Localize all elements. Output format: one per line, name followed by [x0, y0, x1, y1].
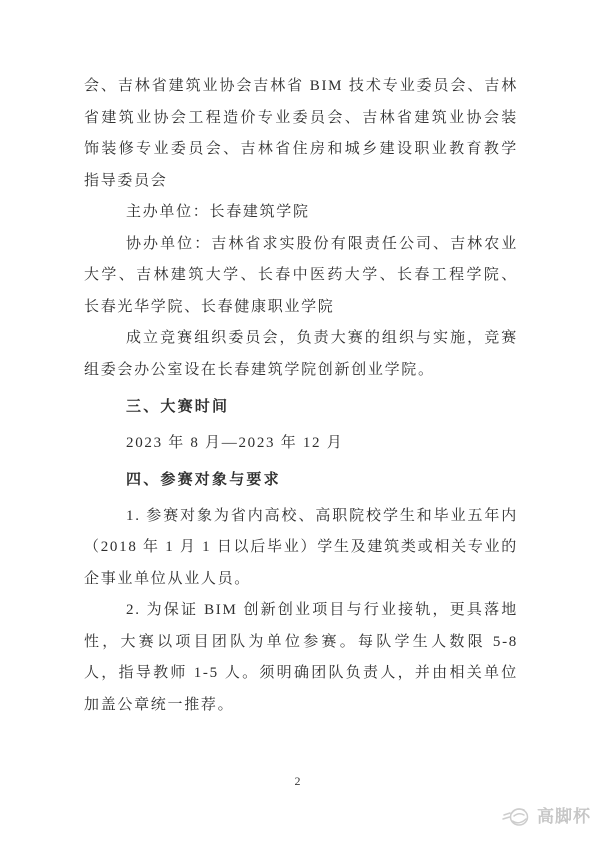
watermark-label: 高脚杯: [537, 803, 591, 831]
page-number: 2: [0, 774, 595, 789]
section-heading: 三、大赛时间: [84, 391, 518, 423]
watermark: 高脚杯: [500, 803, 591, 831]
document-body: 会、吉林省建筑业协会吉林省 BIM 技术专业委员会、吉林省建筑业协会工程造价专业…: [84, 71, 518, 721]
paragraph: 协办单位：吉林省求实股份有限责任公司、吉林农业大学、吉林建筑大学、长春中医药大学…: [84, 229, 518, 324]
paragraph: 成立竞赛组织委员会，负责大赛的组织与实施，竞赛组委会办公室设在长春建筑学院创新创…: [84, 323, 518, 386]
paragraph: 会、吉林省建筑业协会吉林省 BIM 技术专业委员会、吉林省建筑业协会工程造价专业…: [84, 71, 518, 197]
paragraph: 主办单位：长春建筑学院: [84, 197, 518, 229]
section-heading: 四、参赛对象与要求: [84, 464, 518, 496]
paragraph: 1. 参赛对象为省内高校、高职院校学生和毕业五年内（2018 年 1 月 1 日…: [84, 501, 518, 596]
paragraph: 2. 为保证 BIM 创新创业项目与行业接轨，更具落地性，大赛以项目团队为单位参…: [84, 595, 518, 721]
document-page: 会、吉林省建筑业协会吉林省 BIM 技术专业委员会、吉林省建筑业协会工程造价专业…: [0, 0, 595, 842]
scribble-logo-icon: [500, 803, 532, 831]
paragraph: 2023 年 8 月—2023 年 12 月: [84, 428, 518, 460]
